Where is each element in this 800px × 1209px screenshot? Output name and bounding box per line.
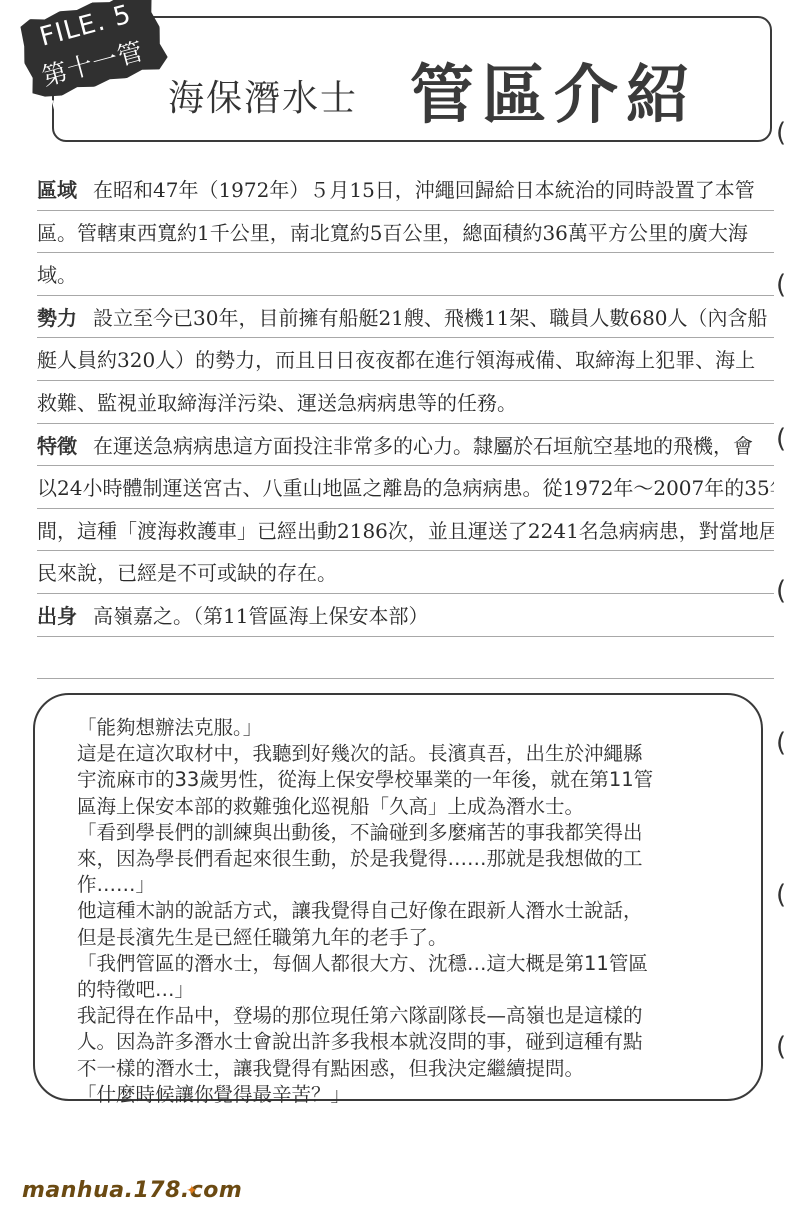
interview-line: 作……」 — [77, 872, 737, 898]
interview-line: 人。因為許多潛水士會說出許多我根本就沒問的事，碰到這種有點 — [77, 1029, 737, 1055]
interview-line: 但是長濱先生是已經任職第九年的老手了。 — [77, 925, 737, 951]
info-row: 區。管轄東西寬約1千公里，南北寬約5百公里，總面積約36萬平方公里的廣大海 — [37, 211, 774, 254]
binding-mark: ( — [776, 728, 786, 758]
row-text: 設立至今已30年，目前擁有船艇21艘、飛機11架、職員人數680人（內含船 — [93, 306, 768, 330]
row-text: 在昭和47年（1972年）５月15日，沖繩回歸給日本統治的同時設置了本管 — [93, 178, 755, 202]
interview-line: 宇流麻市的33歲男性，從海上保安學校畢業的一年後，就在第11管 — [77, 767, 737, 793]
row-text: 區。管轄東西寬約1千公里，南北寬約5百公里，總面積約36萬平方公里的廣大海 — [37, 221, 748, 245]
row-text: 民來說，已經是不可或缺的存在。 — [37, 561, 337, 585]
page-subtitle: 海保潛水士 — [168, 70, 358, 121]
interview-text: 「能夠想辦法克服。」 這是在這次取材中，我聽到好幾次的話。長濱真吾，出生於沖繩縣… — [77, 715, 737, 1108]
site-watermark: manhua.178.com — [22, 1178, 242, 1203]
row-text: 艇人員約320人）的勢力，而且日日夜夜都在進行領海戒備、取締海上犯罪、海上 — [37, 348, 755, 372]
file-tag: FILE. 5 第十一管區 — [14, 0, 170, 103]
binding-mark: ( — [776, 576, 786, 606]
row-text: 在運送急病病患這方面投注非常多的心力。隸屬於石垣航空基地的飛機，會 — [93, 434, 753, 458]
binding-mark: ( — [776, 880, 786, 910]
row-text: 域。 — [37, 263, 77, 287]
interview-line: 「我們管區的潛水士，每個人都很大方、沈穩…這大概是第11管區 — [77, 951, 737, 977]
interview-line: 來，因為學長們看起來很生動，於是我覺得……那就是我想做的工 — [77, 846, 737, 872]
interview-line: 我記得在作品中，登場的那位現任第六隊副隊長—高嶺也是這樣的 — [77, 1003, 737, 1029]
binding-mark: ( — [776, 118, 786, 148]
interview-line: 區海上保安本部的救難強化巡視船「久高」上成為潛水士。 — [77, 794, 737, 820]
binding-mark: ( — [776, 1032, 786, 1062]
info-row: 艇人員約320人）的勢力，而且日日夜夜都在進行領海戒備、取締海上犯罪、海上 — [37, 338, 774, 381]
info-row: 民來說，已經是不可或缺的存在。 — [37, 551, 774, 594]
info-row-blank — [37, 637, 774, 680]
row-label: 勢力 — [37, 306, 77, 330]
row-text: 以24小時體制運送宮古、八重山地區之離島的急病病患。從1972年～2007年的3… — [37, 476, 774, 500]
interview-line: 他這種木訥的說話方式，讓我覺得自己好像在跟新人潛水士說話， — [77, 898, 737, 924]
district-info: 區域在昭和47年（1972年）５月15日，沖繩回歸給日本統治的同時設置了本管 區… — [37, 168, 774, 679]
info-row: 救難、監視並取締海洋污染、運送急病病患等的任務。 — [37, 381, 774, 424]
info-row-strength: 勢力設立至今已30年，目前擁有船艇21艘、飛機11架、職員人數680人（內含船 — [37, 296, 774, 339]
info-row: 域。 — [37, 253, 774, 296]
row-label: 出身 — [37, 604, 77, 628]
info-row-features: 特徵在運送急病病患這方面投注非常多的心力。隸屬於石垣航空基地的飛機，會 — [37, 424, 774, 467]
info-row-origin: 出身高嶺嘉之。（第11管區海上保安本部） — [37, 594, 774, 637]
row-text: 高嶺嘉之。（第11管區海上保安本部） — [93, 604, 428, 628]
row-text: 救難、監視並取締海洋污染、運送急病病患等的任務。 — [37, 391, 517, 415]
interview-line: 的特徵吧…」 — [77, 977, 737, 1003]
interview-line: 不一樣的潛水士，讓我覺得有點困惑，但我決定繼續提問。 — [77, 1056, 737, 1082]
interview-line: 「看到學長們的訓練與出動後，不論碰到多麼痛苦的事我都笑得出 — [77, 820, 737, 846]
info-row: 間，這種「渡海救護車」已經出動2186次，並且運送了2241名急病病患，對當地居 — [37, 509, 774, 552]
binding-mark: ( — [776, 270, 786, 300]
row-text: 間，這種「渡海救護車」已經出動2186次，並且運送了2241名急病病患，對當地居 — [37, 519, 774, 543]
info-row-region: 區域在昭和47年（1972年）５月15日，沖繩回歸給日本統治的同時設置了本管 — [37, 168, 774, 211]
page-title: 管區介紹 — [410, 44, 698, 136]
interview-line: 「什麼時候讓你覺得最辛苦？」 — [77, 1082, 737, 1108]
interview-box: 「能夠想辦法克服。」 這是在這次取材中，我聽到好幾次的話。長濱真吾，出生於沖繩縣… — [33, 693, 763, 1101]
row-label: 特徵 — [37, 434, 77, 458]
interview-line: 這是在這次取材中，我聽到好幾次的話。長濱真吾，出生於沖繩縣 — [77, 741, 737, 767]
star-icon: ✦ — [186, 1183, 198, 1199]
interview-line: 「能夠想辦法克服。」 — [77, 715, 737, 741]
info-row: 以24小時體制運送宮古、八重山地區之離島的急病病患。從1972年～2007年的3… — [37, 466, 774, 509]
row-label: 區域 — [37, 178, 77, 202]
binding-mark: ( — [776, 424, 786, 454]
